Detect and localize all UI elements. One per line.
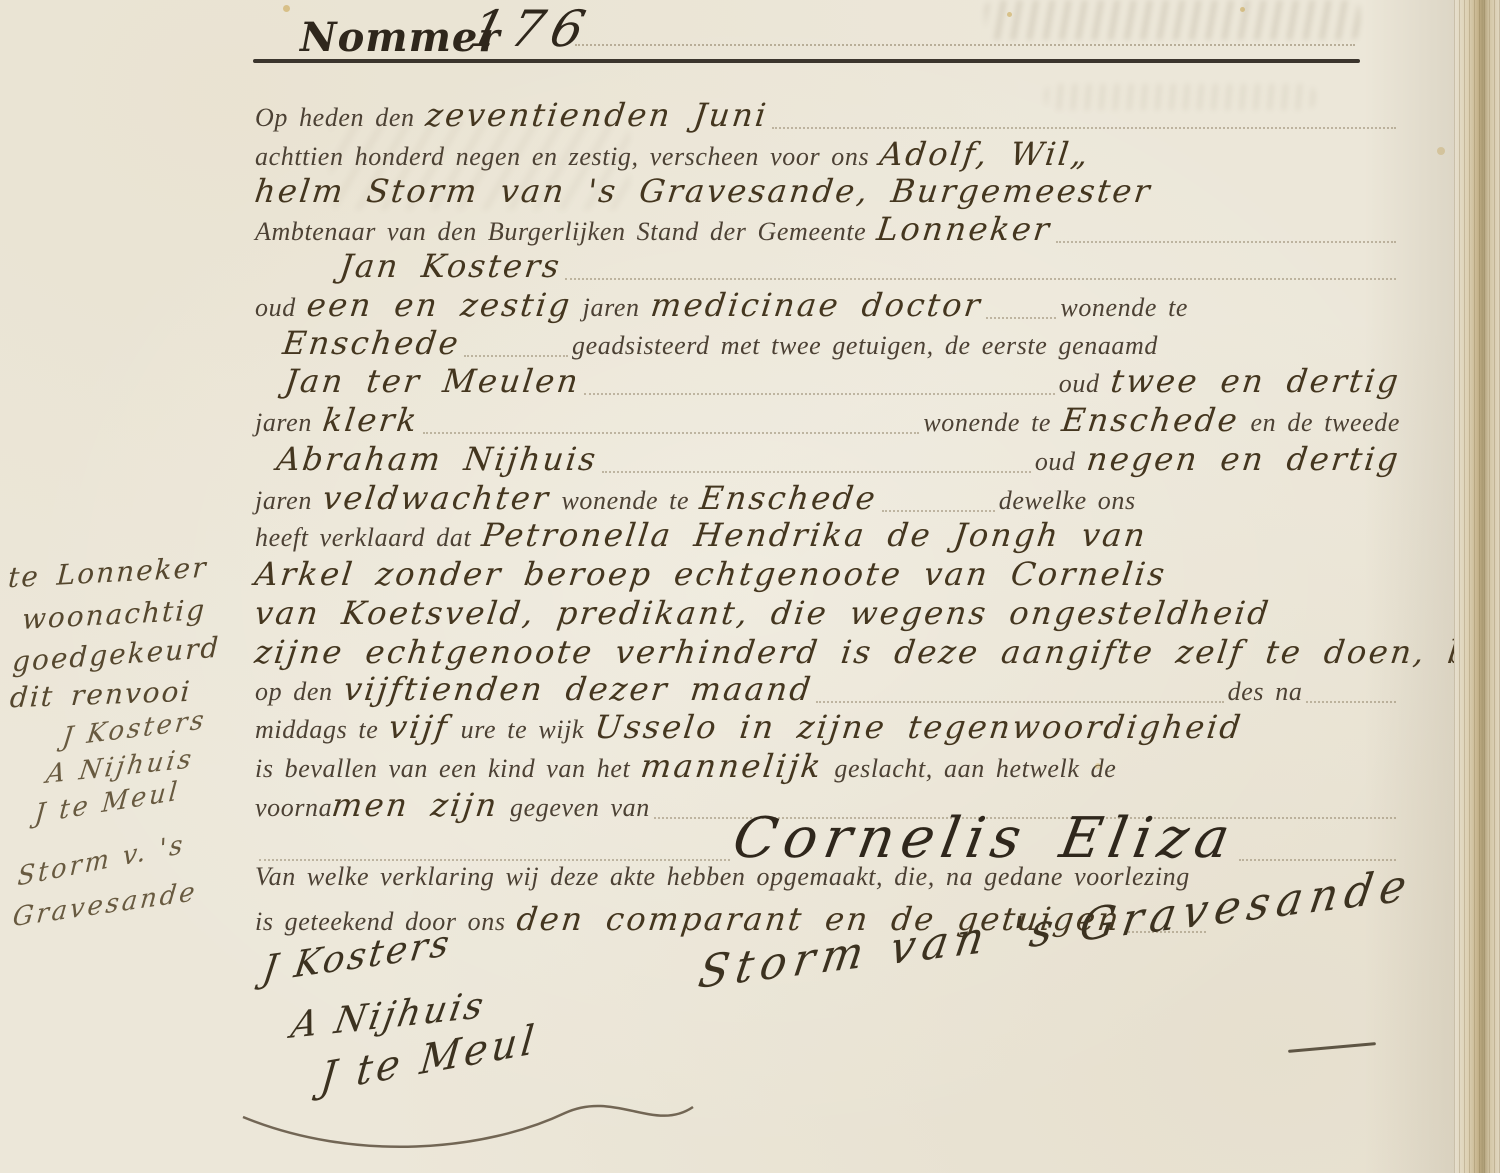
handwritten-text: medicinae doctor (648, 286, 984, 324)
dotted-leader (1056, 241, 1396, 243)
document-line: jaren klerkwonende te Enschede en de twe… (255, 401, 1400, 441)
document-scan: Nommer 176 Op heden den zeventienden Jun… (0, 0, 1500, 1173)
printed-text: middags te (255, 715, 389, 745)
handwritten-text: helm Storm van 's Gravesande, Burgemeest… (253, 172, 1155, 210)
document-line: Ambtenaar van den Burgerlijken Stand der… (255, 210, 1400, 250)
printed-text: op den (255, 677, 344, 707)
printed-text: geslacht, aan hetwelk de (823, 754, 1116, 784)
handwritten-text: Enschede (1060, 401, 1242, 439)
handwritten-text: negen en dertig (1084, 440, 1402, 478)
handwritten-text: Abraham Nijhuis (275, 440, 600, 478)
handwritten-text: vijftienden dezer maand (341, 670, 814, 708)
handwritten-text: Petronella Hendrika de Jongh van (480, 516, 1150, 554)
dotted-leader (772, 127, 1396, 129)
handwritten-text: Enschede (698, 479, 880, 517)
printed-text: oud (1059, 369, 1111, 399)
header-rule (253, 59, 1360, 63)
dotted-leader (986, 317, 1057, 319)
printed-text: jaren (255, 486, 323, 516)
printed-text: dewelke ons (999, 486, 1136, 516)
book-gutter-shadow (1364, 0, 1454, 1173)
printed-text: achttien honderd negen en zestig, versch… (255, 142, 880, 172)
dotted-leader (584, 393, 1055, 395)
handwritten-text: Enschede (281, 324, 463, 362)
handwritten-text: Adolf, Wil„ (878, 135, 1093, 173)
document-line: zijne echtgenoote verhinderd is deze aan… (255, 633, 1400, 673)
printed-text: oud (1035, 447, 1087, 477)
document-line: is bevallen van een kind van het manneli… (255, 747, 1400, 787)
margin-note: woonachtig (21, 593, 207, 636)
printed-text: jaren (572, 293, 651, 323)
handwritten-text: vijf (387, 708, 452, 746)
handwritten-text: Usselo in zijne tegenwoordigheid (593, 708, 1245, 746)
document-line: Jan ter Meulenoud twee en dertig (255, 362, 1400, 402)
document-line: helm Storm van 's Gravesande, Burgemeest… (255, 172, 1400, 212)
document-line: middags te vijf ure te wijk Usselo in zi… (255, 708, 1400, 748)
document-line: van Koetsveld, predikant, die wegens ong… (255, 594, 1400, 634)
dotted-leader (259, 859, 730, 861)
ink-bleedthrough (985, 0, 1360, 40)
printed-text: Ambtenaar van den Burgerlijken Stand der… (255, 217, 877, 247)
document-line: heeft verklaard dat Petronella Hendrika … (255, 516, 1400, 556)
printed-text: Op heden den (255, 103, 426, 133)
document-line: jaren veldwachter wonende te Enschededew… (255, 479, 1400, 519)
page-edge (1454, 0, 1500, 1173)
paper-stain (1007, 12, 1012, 17)
document-line: Op heden den zeventienden Juni (255, 96, 1400, 136)
handwritten-text: veldwachter (321, 479, 553, 517)
dotted-leader (464, 355, 568, 357)
document-line: Jan Kosters (255, 247, 1400, 287)
handwritten-text: Jan Kosters (338, 247, 564, 285)
printed-text: wonende te (923, 408, 1062, 438)
handwritten-text: Arkel zonder beroep echtgenoote van Corn… (253, 555, 1169, 593)
printed-text: Van welke verklaring wij deze akte hebbe… (255, 862, 1190, 892)
handwritten-text: klerk (321, 401, 421, 439)
printed-text: oud (255, 293, 307, 323)
printed-text: jaren (255, 408, 323, 438)
document-line: achttien honderd negen en zestig, versch… (255, 135, 1400, 175)
handwritten-text: mannelijk (639, 747, 826, 785)
dotted-leader (423, 432, 920, 434)
dotted-leader (882, 510, 995, 512)
dotted-leader (565, 278, 1396, 280)
signature-flourish (1288, 1042, 1376, 1053)
handwritten-text: Jan ter Meulen (283, 362, 583, 400)
paper-stain (283, 5, 290, 12)
printed-text: wonende te (550, 486, 700, 516)
printed-text: ure te wijk (450, 715, 596, 745)
printed-text: wonende te (1060, 293, 1188, 323)
handwritten-text: twee en dertig (1108, 362, 1402, 400)
dotted-leader (816, 701, 1223, 703)
printed-text: heeft verklaard dat (255, 523, 482, 553)
handwritten-text: zeventienden Juni (423, 96, 770, 134)
paper-stain (1240, 7, 1245, 12)
document-line: op den vijftienden dezer maanddes na (255, 670, 1400, 710)
margin-note: goedgekeurd (12, 631, 221, 679)
header-dotted-line (575, 44, 1355, 46)
printed-text: des na (1228, 677, 1303, 707)
printed-text: geadsisteerd met twee getuigen, de eerst… (572, 331, 1158, 361)
nommer-number: 176 (465, 0, 599, 58)
document-line: oud een en zestig jaren medicinae doctor… (255, 286, 1400, 326)
handwritten-text: een en zestig (305, 286, 574, 324)
handwritten-text: van Koetsveld, predikant, die wegens ong… (253, 594, 1273, 632)
handwritten-text: Lonneker (875, 210, 1054, 248)
document-line: Abraham Nijhuisoud negen en dertig (255, 440, 1400, 480)
signature-flourish (235, 1085, 705, 1160)
document-line: Enschedegeadsisteerd met twee getuigen, … (255, 324, 1400, 364)
printed-text: is bevallen van een kind van het (255, 754, 641, 784)
margin-note: dit renvooi (9, 675, 193, 714)
dotted-leader (602, 471, 1031, 473)
document-line: Arkel zonder beroep echtgenoote van Corn… (255, 555, 1400, 595)
handwritten-text: zijne echtgenoote verhinderd is deze aan… (253, 633, 1500, 671)
margin-note: te Lonneker (7, 551, 208, 595)
